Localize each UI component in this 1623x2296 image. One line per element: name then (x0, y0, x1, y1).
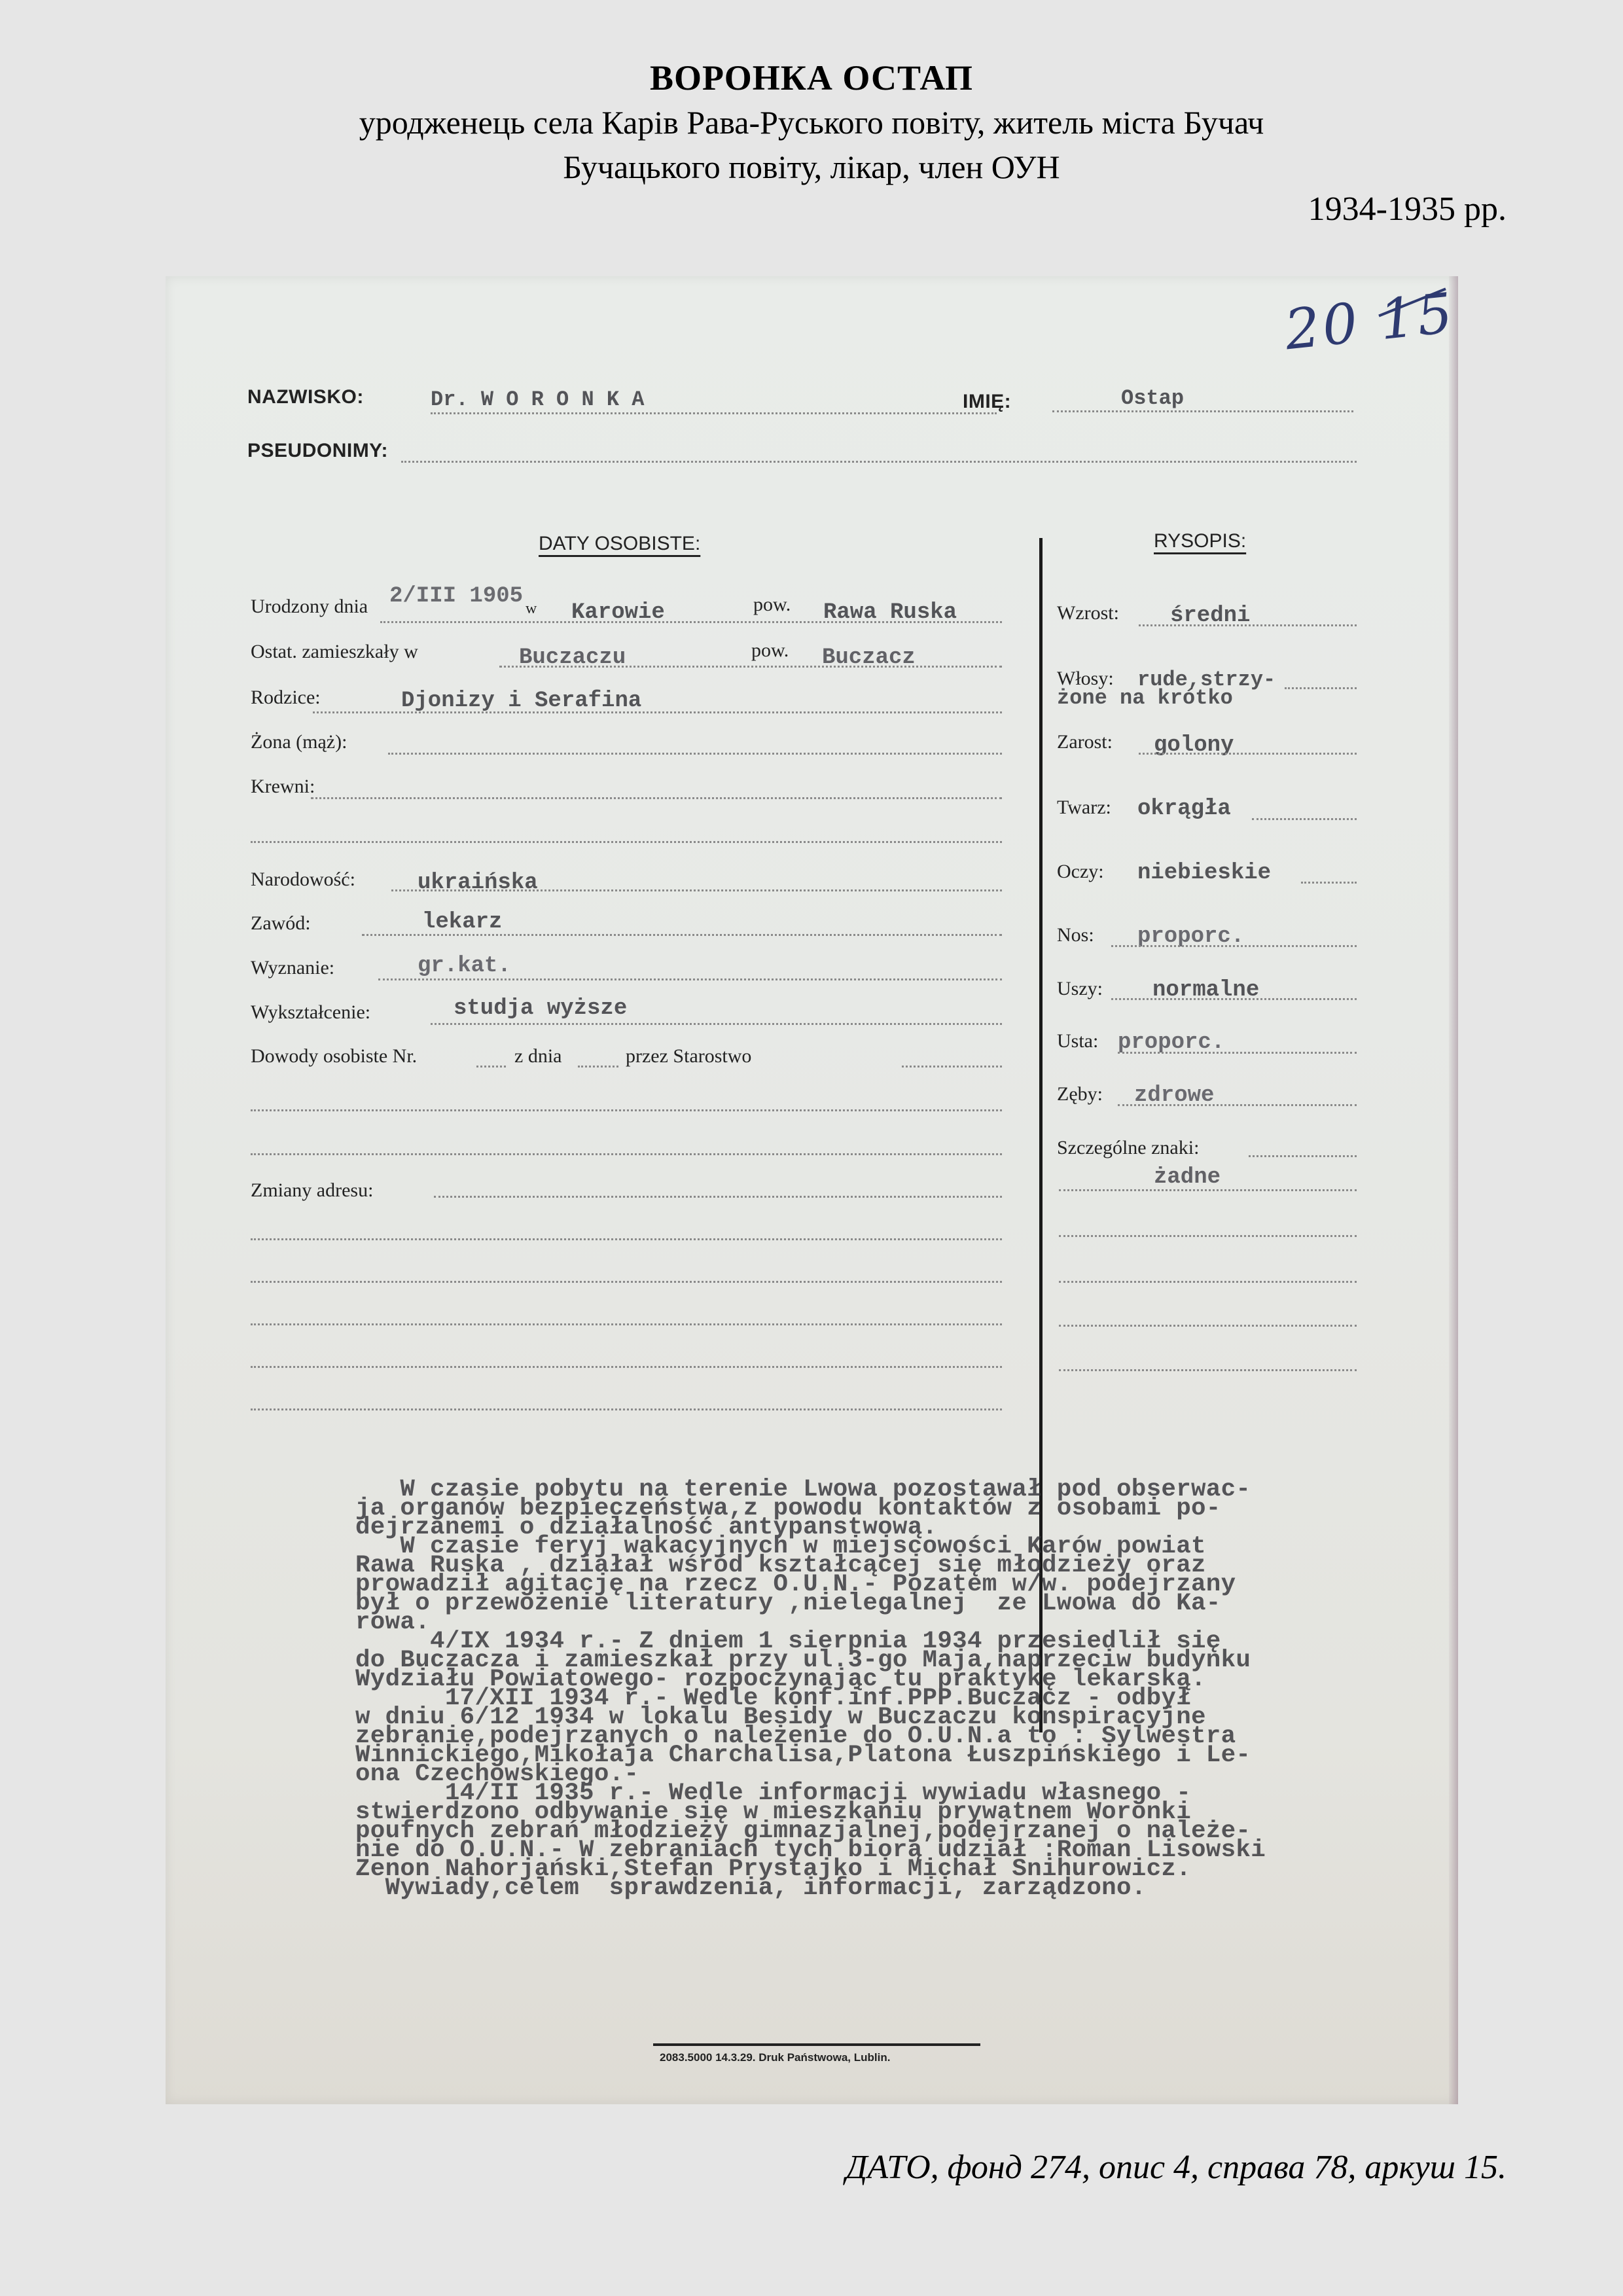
birth-date-value: 2/III 1905 (389, 584, 523, 609)
zawod-value: lekarz (422, 910, 502, 935)
archive-reference: ДАТО, фонд 274, опис 4, справа 78, аркуш… (846, 2148, 1507, 2187)
nos-label: Nos: (1057, 924, 1094, 946)
uszy-line (1111, 998, 1357, 1000)
dowody-z-dnia-label: z dnia (514, 1045, 562, 1067)
wyznanie-value: gr.kat. (418, 954, 511, 978)
birth-pow-label: pow. (753, 594, 791, 616)
daty-osobiste-heading: DATY OSOBISTE: (539, 533, 700, 555)
wyznanie-line (378, 978, 1002, 980)
twarz-label: Twarz: (1057, 797, 1111, 819)
zmiany-line-4 (251, 1323, 1002, 1325)
rysopis-line-5 (1059, 1369, 1357, 1371)
twarz-value: okrągła (1137, 797, 1231, 821)
uszy-label: Uszy: (1057, 978, 1103, 1000)
rodzice-label: Rodzice: (251, 687, 321, 709)
imie-label: IMIĘ: (963, 391, 1011, 413)
wlosy-line (1285, 687, 1357, 689)
rysopis-line-2 (1059, 1235, 1357, 1237)
zamieszkaly-label: Ostat. zamieszkały w (251, 641, 418, 663)
dowody-nr-line (476, 1066, 506, 1067)
zeby-line (1118, 1104, 1357, 1106)
urodzony-label: Urodzony dnia (251, 596, 368, 618)
zmiany-line-5 (251, 1366, 1002, 1368)
subtitle-line-1: уродженець села Карів Рава-Руського пові… (0, 103, 1623, 141)
zarost-line (1139, 753, 1357, 755)
dowody-starostwo-line (902, 1066, 1002, 1067)
wyznanie-label: Wyznanie: (251, 957, 334, 979)
narodowosc-label: Narodowość: (251, 869, 355, 891)
zmiany-adresu-label: Zmiany adresu: (251, 1179, 373, 1202)
znaki-value: żadne (1154, 1165, 1221, 1190)
zona-label: Żona (mąż): (251, 731, 347, 753)
urodzony-line (380, 621, 1002, 623)
krewni-line-1 (311, 797, 1002, 799)
dowody-starostwo-label: przez Starostwo (626, 1045, 751, 1067)
imie-line (1052, 410, 1353, 412)
rysopis-line-1 (1059, 1189, 1357, 1191)
nazwisko-label: NAZWISKO: (247, 386, 364, 408)
narodowosc-line (391, 889, 1002, 891)
narrative-line: Wywiady,celem sprawdzenia, informacji, z… (355, 1879, 1357, 1898)
oczy-value: niebieskie (1137, 861, 1271, 886)
rysopis-heading: RYSOPIS: (1154, 530, 1246, 552)
subtitle-line-2: Бучацького повіту, лікар, член ОУН (0, 148, 1623, 186)
rodzice-line (313, 711, 1002, 713)
znaki-line (1249, 1155, 1357, 1157)
printer-rule (653, 2043, 980, 2046)
zona-line (388, 753, 1002, 755)
blank-line-1 (251, 1109, 1002, 1111)
zamieszkaly-line (499, 666, 1002, 668)
page-title: ВОРОНКА ОСТАП (0, 58, 1623, 98)
dowody-date-line (578, 1066, 618, 1067)
oczy-line (1301, 882, 1357, 884)
zmiany-line-2 (251, 1238, 1002, 1240)
wzrost-label: Wzrost: (1057, 602, 1119, 624)
krewni-line-2 (251, 841, 1002, 843)
pseudonimy-line (401, 461, 1357, 463)
znaki-label: Szczególne znaki: (1057, 1137, 1199, 1159)
wyksztalcenie-line (431, 1023, 1002, 1025)
wzrost-line (1139, 624, 1357, 626)
dowody-label: Dowody osobiste Nr. (251, 1045, 417, 1067)
blank-line-2 (251, 1153, 1002, 1155)
zmiany-line-3 (251, 1281, 1002, 1283)
typed-surveillance-notes: W czasie pobytu na terenie Lwowa pozosta… (355, 1480, 1357, 1898)
usta-line (1118, 1052, 1357, 1054)
usta-label: Usta: (1057, 1030, 1098, 1052)
narrative-line: był o przewożenie literatury ,nielegalne… (355, 1594, 1357, 1613)
nazwisko-value: Dr. W O R O N K A (431, 387, 644, 412)
date-range: 1934-1935 рр. (1308, 190, 1507, 228)
scanned-registration-card: 20 15 NAZWISKO: Dr. W O R O N K A IMIĘ: … (166, 276, 1458, 2104)
zmiany-line-6 (251, 1408, 1002, 1410)
zarost-label: Zarost: (1057, 731, 1113, 753)
zeby-label: Zęby: (1057, 1083, 1103, 1105)
wlosy-value-line2: żone na krótko (1057, 686, 1233, 710)
printer-imprint: 2083.5000 14.3.29. Druk Państwowa, Lubli… (660, 2051, 890, 2064)
twarz-line (1252, 818, 1357, 820)
rysopis-line-4 (1059, 1325, 1357, 1327)
imie-value: Ostap (1121, 386, 1184, 410)
nos-line (1111, 945, 1357, 947)
krewni-label: Krewni: (251, 776, 315, 798)
narodowosc-value: ukraińska (418, 870, 538, 895)
birth-place-w-label: w (526, 600, 537, 618)
oczy-label: Oczy: (1057, 861, 1104, 883)
zmiany-adresu-line (434, 1196, 1002, 1198)
zawod-label: Zawód: (251, 912, 311, 935)
wyksztalcenie-value: studja wyższe (454, 996, 627, 1021)
pseudonimy-label: PSEUDONIMY: (247, 440, 388, 462)
zawod-line (362, 934, 1002, 936)
nazwisko-line (431, 412, 997, 414)
rodzice-value: Djonizy i Serafina (401, 689, 641, 713)
rysopis-line-3 (1059, 1281, 1357, 1283)
zamieszkaly-pow-label: pow. (751, 639, 789, 662)
wyksztalcenie-label: Wykształcenie: (251, 1001, 370, 1024)
